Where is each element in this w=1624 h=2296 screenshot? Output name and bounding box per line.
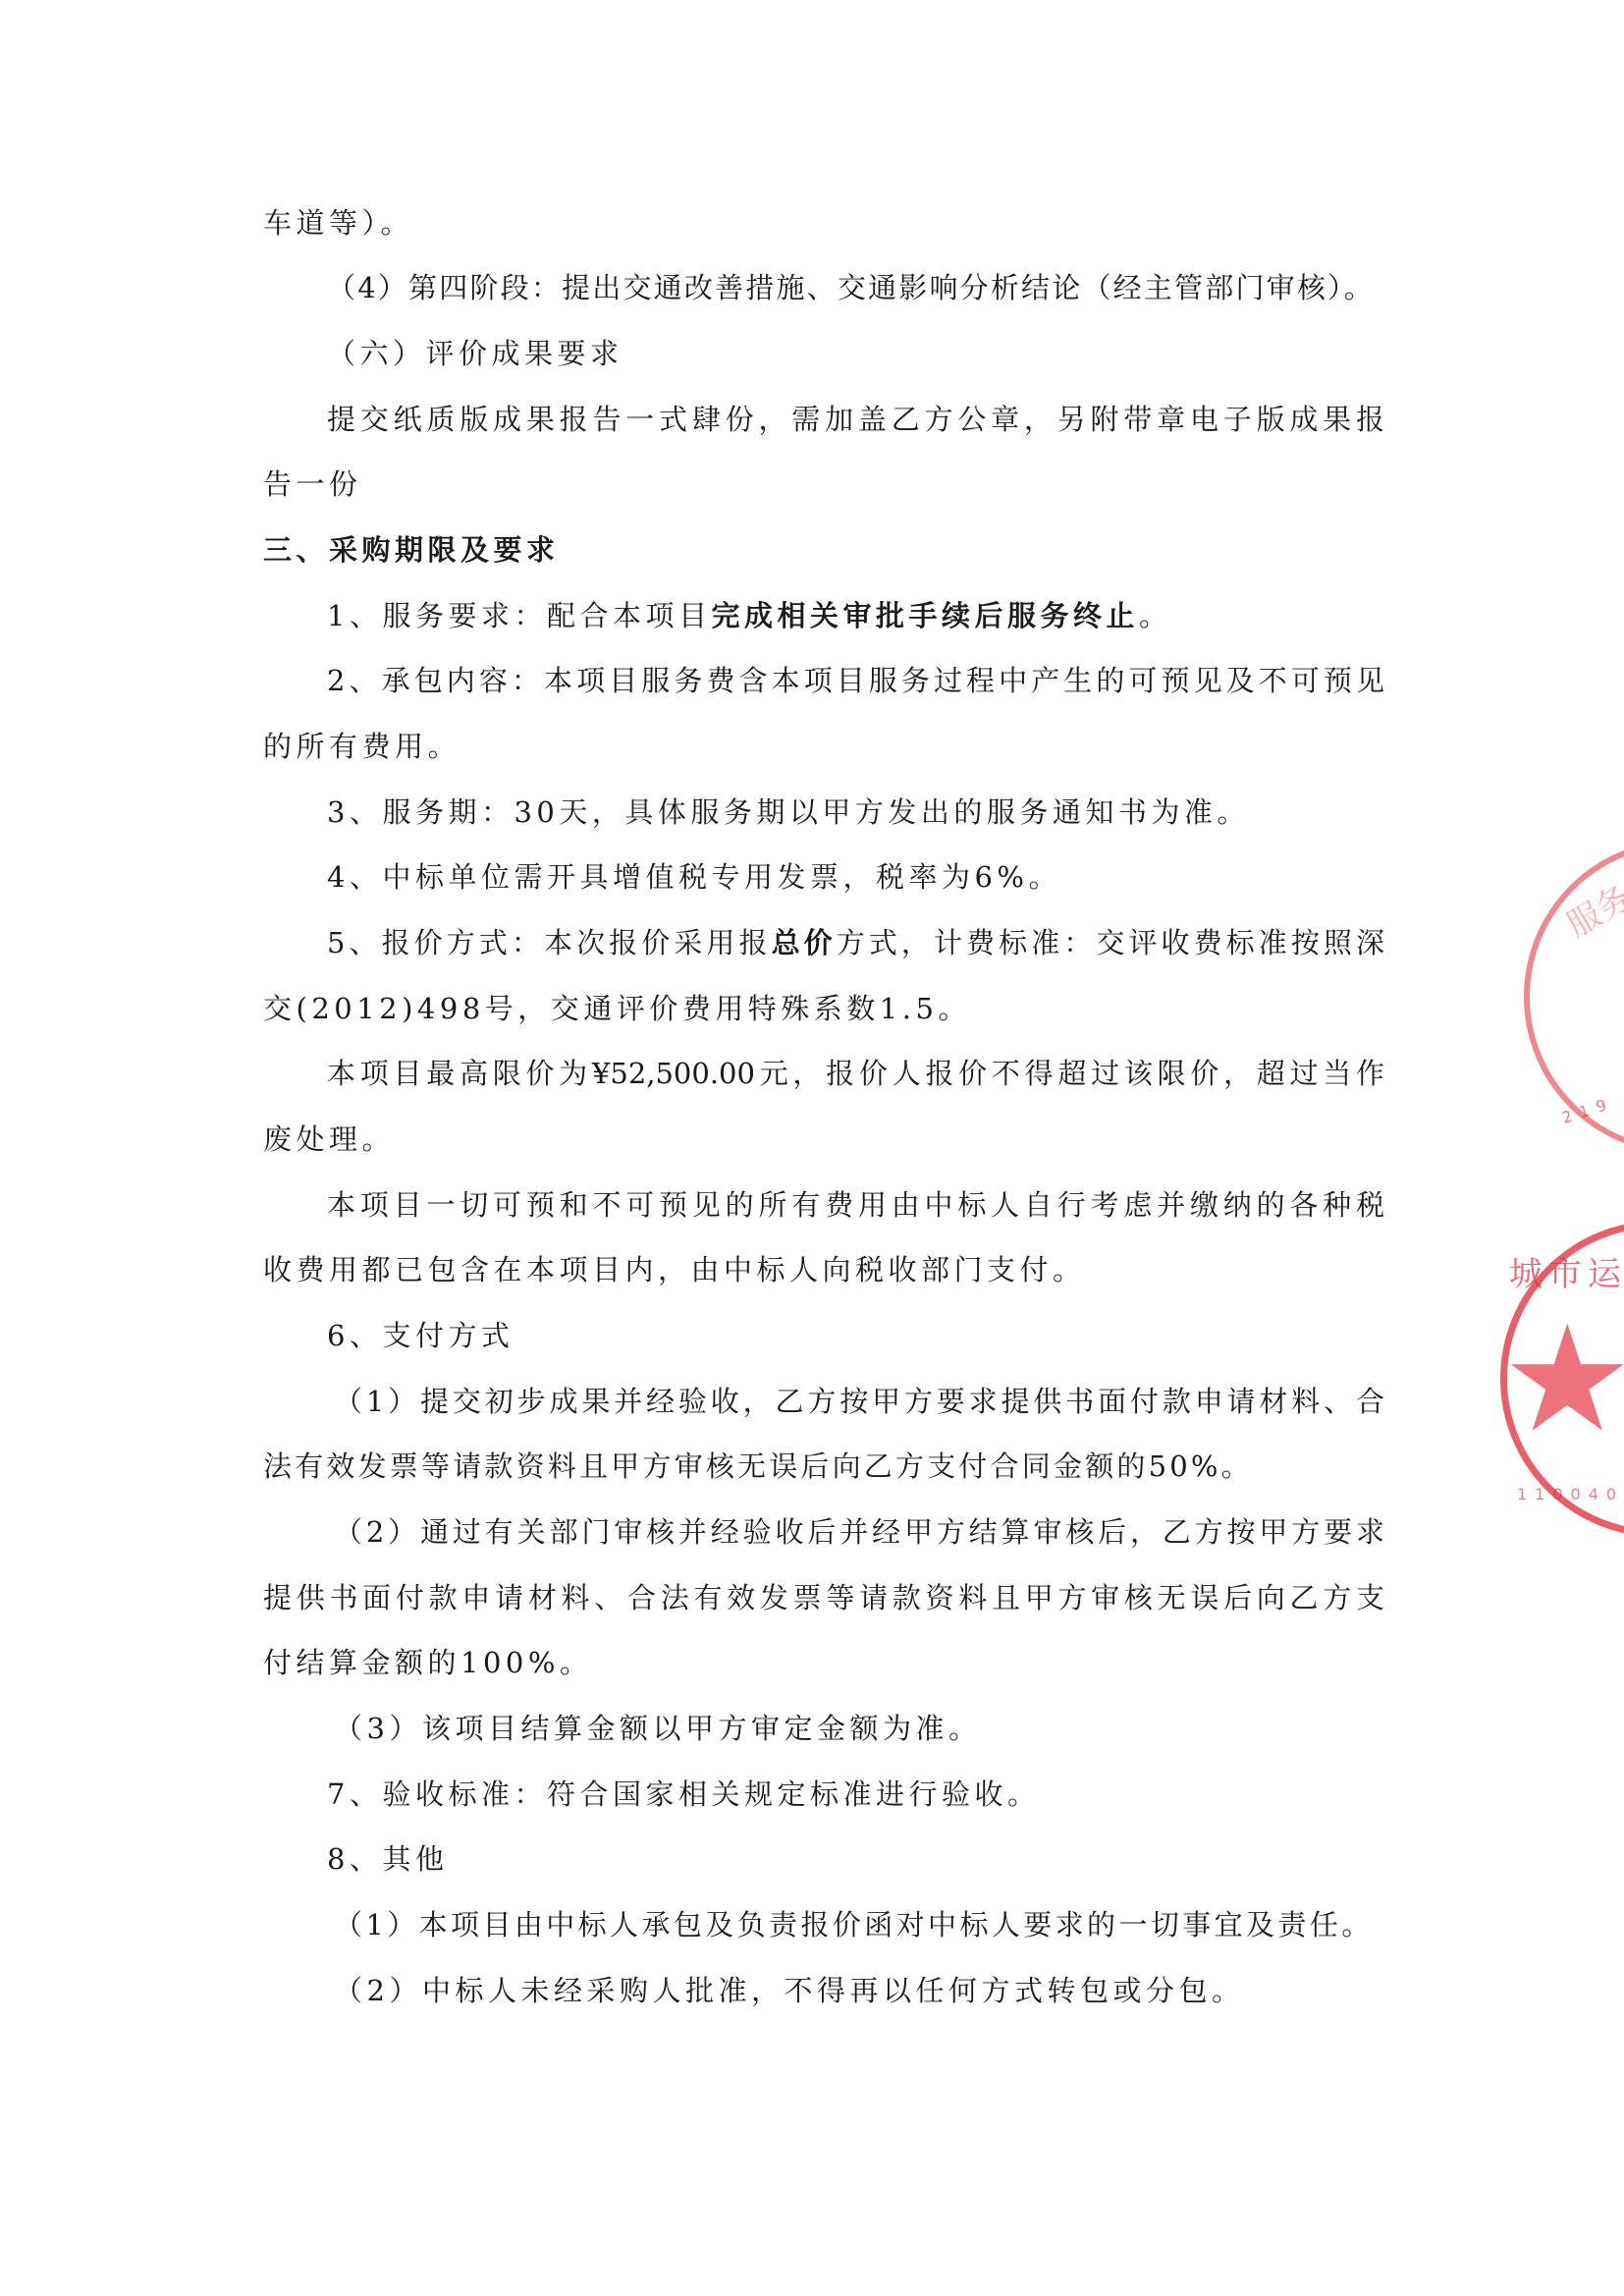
text-line-max-price: 本项目最高限价为¥52,500.00元，报价人报价不得超过该限价，超过当作 [327, 1052, 1384, 1095]
text-line: （1）本项目由中标人承包及负责报价函对中标人要求的一切事宜及责任。 [334, 1903, 1384, 1946]
text-line: 车道等）。 [263, 201, 1384, 245]
text-segment: 方式，计费标准：交评收费标准按照深 [837, 926, 1384, 959]
star-icon: ★ [1501, 1306, 1624, 1453]
text-line: 交(2012)498号，交通评价费用特殊系数1.5。 [263, 987, 1384, 1030]
subheading-evaluation-requirements: （六）评价成果要求 [327, 332, 1384, 375]
seal-text: 城市运营 [1509, 1247, 1624, 1295]
text-line-quote-method: 5、报价方式：本次报价采用报总价方式，计费标准：交评收费标准按照深 [327, 921, 1384, 964]
text-line: （3）该项目结算金额以甲方审定金额为准。 [334, 1707, 1384, 1750]
subheading-other: 8、其他 [327, 1837, 1384, 1881]
subheading-payment-method: 6、支付方式 [327, 1314, 1384, 1357]
seal-digits: 1100402 [1517, 1485, 1624, 1503]
text-line: （1）提交初步成果并经验收，乙方按甲方要求提供书面付款申请材料、合 [334, 1380, 1384, 1423]
seal-text: 服务 [1556, 871, 1624, 946]
text-line: 付结算金额的100%。 [263, 1641, 1384, 1684]
text-line: （4）第四阶段：提出交通改善措施、交通影响分析结论（经主管部门审核）。 [327, 266, 1384, 309]
text-line: （2）通过有关部门审核并经验收后并经甲方结算审核后，乙方按甲方要求 [334, 1510, 1384, 1554]
official-seal-stamp: 城市运营 ★ 1100402 [1500, 1221, 1624, 1537]
text-line: 法有效发票等请款资料且甲方审核无误后向乙方支付合同金额的50%。 [263, 1445, 1384, 1488]
text-segment: 1、服务要求：配合本项目 [327, 599, 711, 632]
official-seal-stamp: 服务 219 [1524, 840, 1624, 1154]
text-line: 废处理。 [263, 1118, 1384, 1161]
text-line: 本项目一切可预和不可预见的所有费用由中标人自行考虑并缴纳的各种税 [327, 1183, 1384, 1227]
text-line: 2、承包内容：本项目服务费含本项目服务过程中产生的可预见及不可预见 [327, 659, 1384, 702]
text-line: 提交纸质版成果报告一式肆份，需加盖乙方公章，另附带章电子版成果报 [327, 398, 1384, 441]
text-line: 告一份 [263, 463, 1384, 506]
seal-digits: 219 [1559, 1093, 1616, 1127]
text-line-invoice: 4、中标单位需开具增值税专用发票，税率为6%。 [327, 855, 1384, 899]
bold-segment: 总价 [772, 926, 837, 959]
text-line-acceptance: 7、验收标准：符合国家相关规定标准进行验收。 [327, 1773, 1384, 1816]
text-segment: 5、报价方式：本次报价采用报 [327, 926, 772, 959]
bold-segment: 完成相关审批手续后服务终止 [711, 599, 1139, 632]
text-segment: 。 [1139, 599, 1172, 632]
text-line: 的所有费用。 [263, 725, 1384, 768]
text-line-service-requirement: 1、服务要求：配合本项目完成相关审批手续后服务终止。 [327, 594, 1384, 637]
text-line-service-period: 3、服务期：30天，具体服务期以甲方发出的服务通知书为准。 [327, 791, 1384, 834]
text-line: 收费用都已包含在本项目内，由中标人向税收部门支付。 [263, 1248, 1384, 1291]
document-page: 车道等）。 （4）第四阶段：提出交通改善措施、交通影响分析结论（经主管部门审核）… [0, 0, 1624, 2296]
text-line: 提供书面付款申请材料、合法有效发票等请款资料且甲方审核无误后向乙方支 [263, 1576, 1384, 1619]
text-line: （2）中标人未经采购人批准，不得再以任何方式转包或分包。 [334, 1969, 1384, 2012]
section-heading-procurement: 三、采购期限及要求 [263, 528, 1384, 572]
